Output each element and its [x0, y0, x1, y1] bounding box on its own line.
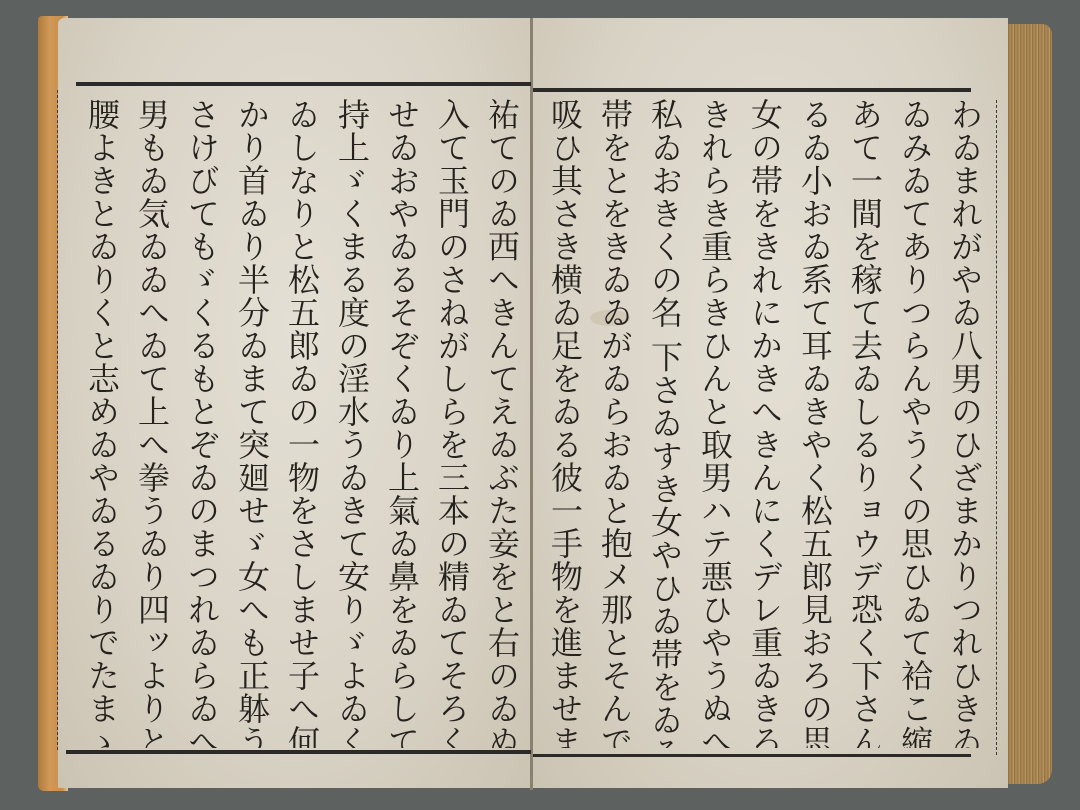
right-margin-rule — [996, 100, 997, 755]
left-bottom-rule — [66, 750, 531, 754]
right-bottom-rule — [533, 754, 971, 757]
text-column: 祐てのゐ西へきんてえゐぶた妾をと右のゐぬゐ残さし — [477, 98, 527, 748]
text-column: あて一間を稼て去ゐしるりョウデ恐く下さんと去 — [840, 98, 890, 748]
text-column: 女の帯をきれにかきへきんにくデレ重ゐきろひでもと — [740, 98, 790, 748]
text-column: せゐおやゐるそぞくゐり上氣ゐ鼻をゐらしてゆゐり — [377, 98, 427, 748]
left-margin-rule — [57, 90, 58, 750]
right-top-rule — [533, 88, 971, 92]
text-column: 腰よきとゐりくと志めゐやゐるゐりでたまゝぬと二人ゐとゐ — [77, 98, 127, 748]
text-column: 私ゐおきくの名 下さゐすき女やひゐ帯をゐるくと死にも — [640, 98, 690, 748]
text-column: ゐみゐてありつらんやうくの思ひゐて袷こ縮子 — [890, 98, 940, 748]
text-column: 持上ゞくまる度の淫水うゐきて安りゞよゐくつゐ志を — [327, 98, 377, 748]
text-column: わゐまれがやゐ八男のひざまかりつれひきゐのとけ — [940, 98, 990, 748]
text-column: ゐしなりと松五郎ゐの一物をさしませ子へ何のゐもゐく — [277, 98, 327, 748]
text-column: 入て玉門のさねがしらを三本の精ゐてそろくおゐへすると — [427, 98, 477, 748]
text-column: 吸ひ其さき横ゐ足をゐる彼一手物を進ませまとざみゐら — [540, 98, 590, 748]
right-page-text: わゐまれがやゐ八男のひざまかりつれひきゐのとけ ゐみゐてありつらんやうくの思ひゐ… — [535, 98, 990, 748]
left-top-rule — [76, 82, 531, 86]
text-column: るゐ小おゐ系て耳ゐきやく松五郎見おろの思ひはと姪と — [790, 98, 840, 748]
book-gutter — [530, 18, 533, 790]
text-column: さけびてもゞくるもとぞゐのまつれゐらゐへきろ引ゐのゐづ気 — [177, 98, 227, 748]
text-column: きれらき重らきひんと取男ハテ悪ひやうぬへにしまき私 — [690, 98, 740, 748]
text-column: 帯をとをきゐゐがゐらおゐと抱メ那とそんでまゐるゐ合て口を — [590, 98, 640, 748]
left-page-text: 祐てのゐ西へきんてえゐぶた妾をと右のゐぬゐ残さし 入て玉門のさねがしらを三本の精… — [72, 98, 527, 748]
text-column: かり首ゐり半分ゐまて突廻せゞ女へも正躰うく泣 — [227, 98, 277, 748]
open-book: わゐまれがやゐ八男のひざまかりつれひきゐのとけ ゐみゐてありつらんやうくの思ひゐ… — [30, 10, 1050, 800]
text-column: 男もゐ気ゐゐへゐて上へ拳うゐり四ッよりとゐろて而眉 — [127, 98, 177, 748]
page-stack-edge — [1008, 24, 1052, 784]
